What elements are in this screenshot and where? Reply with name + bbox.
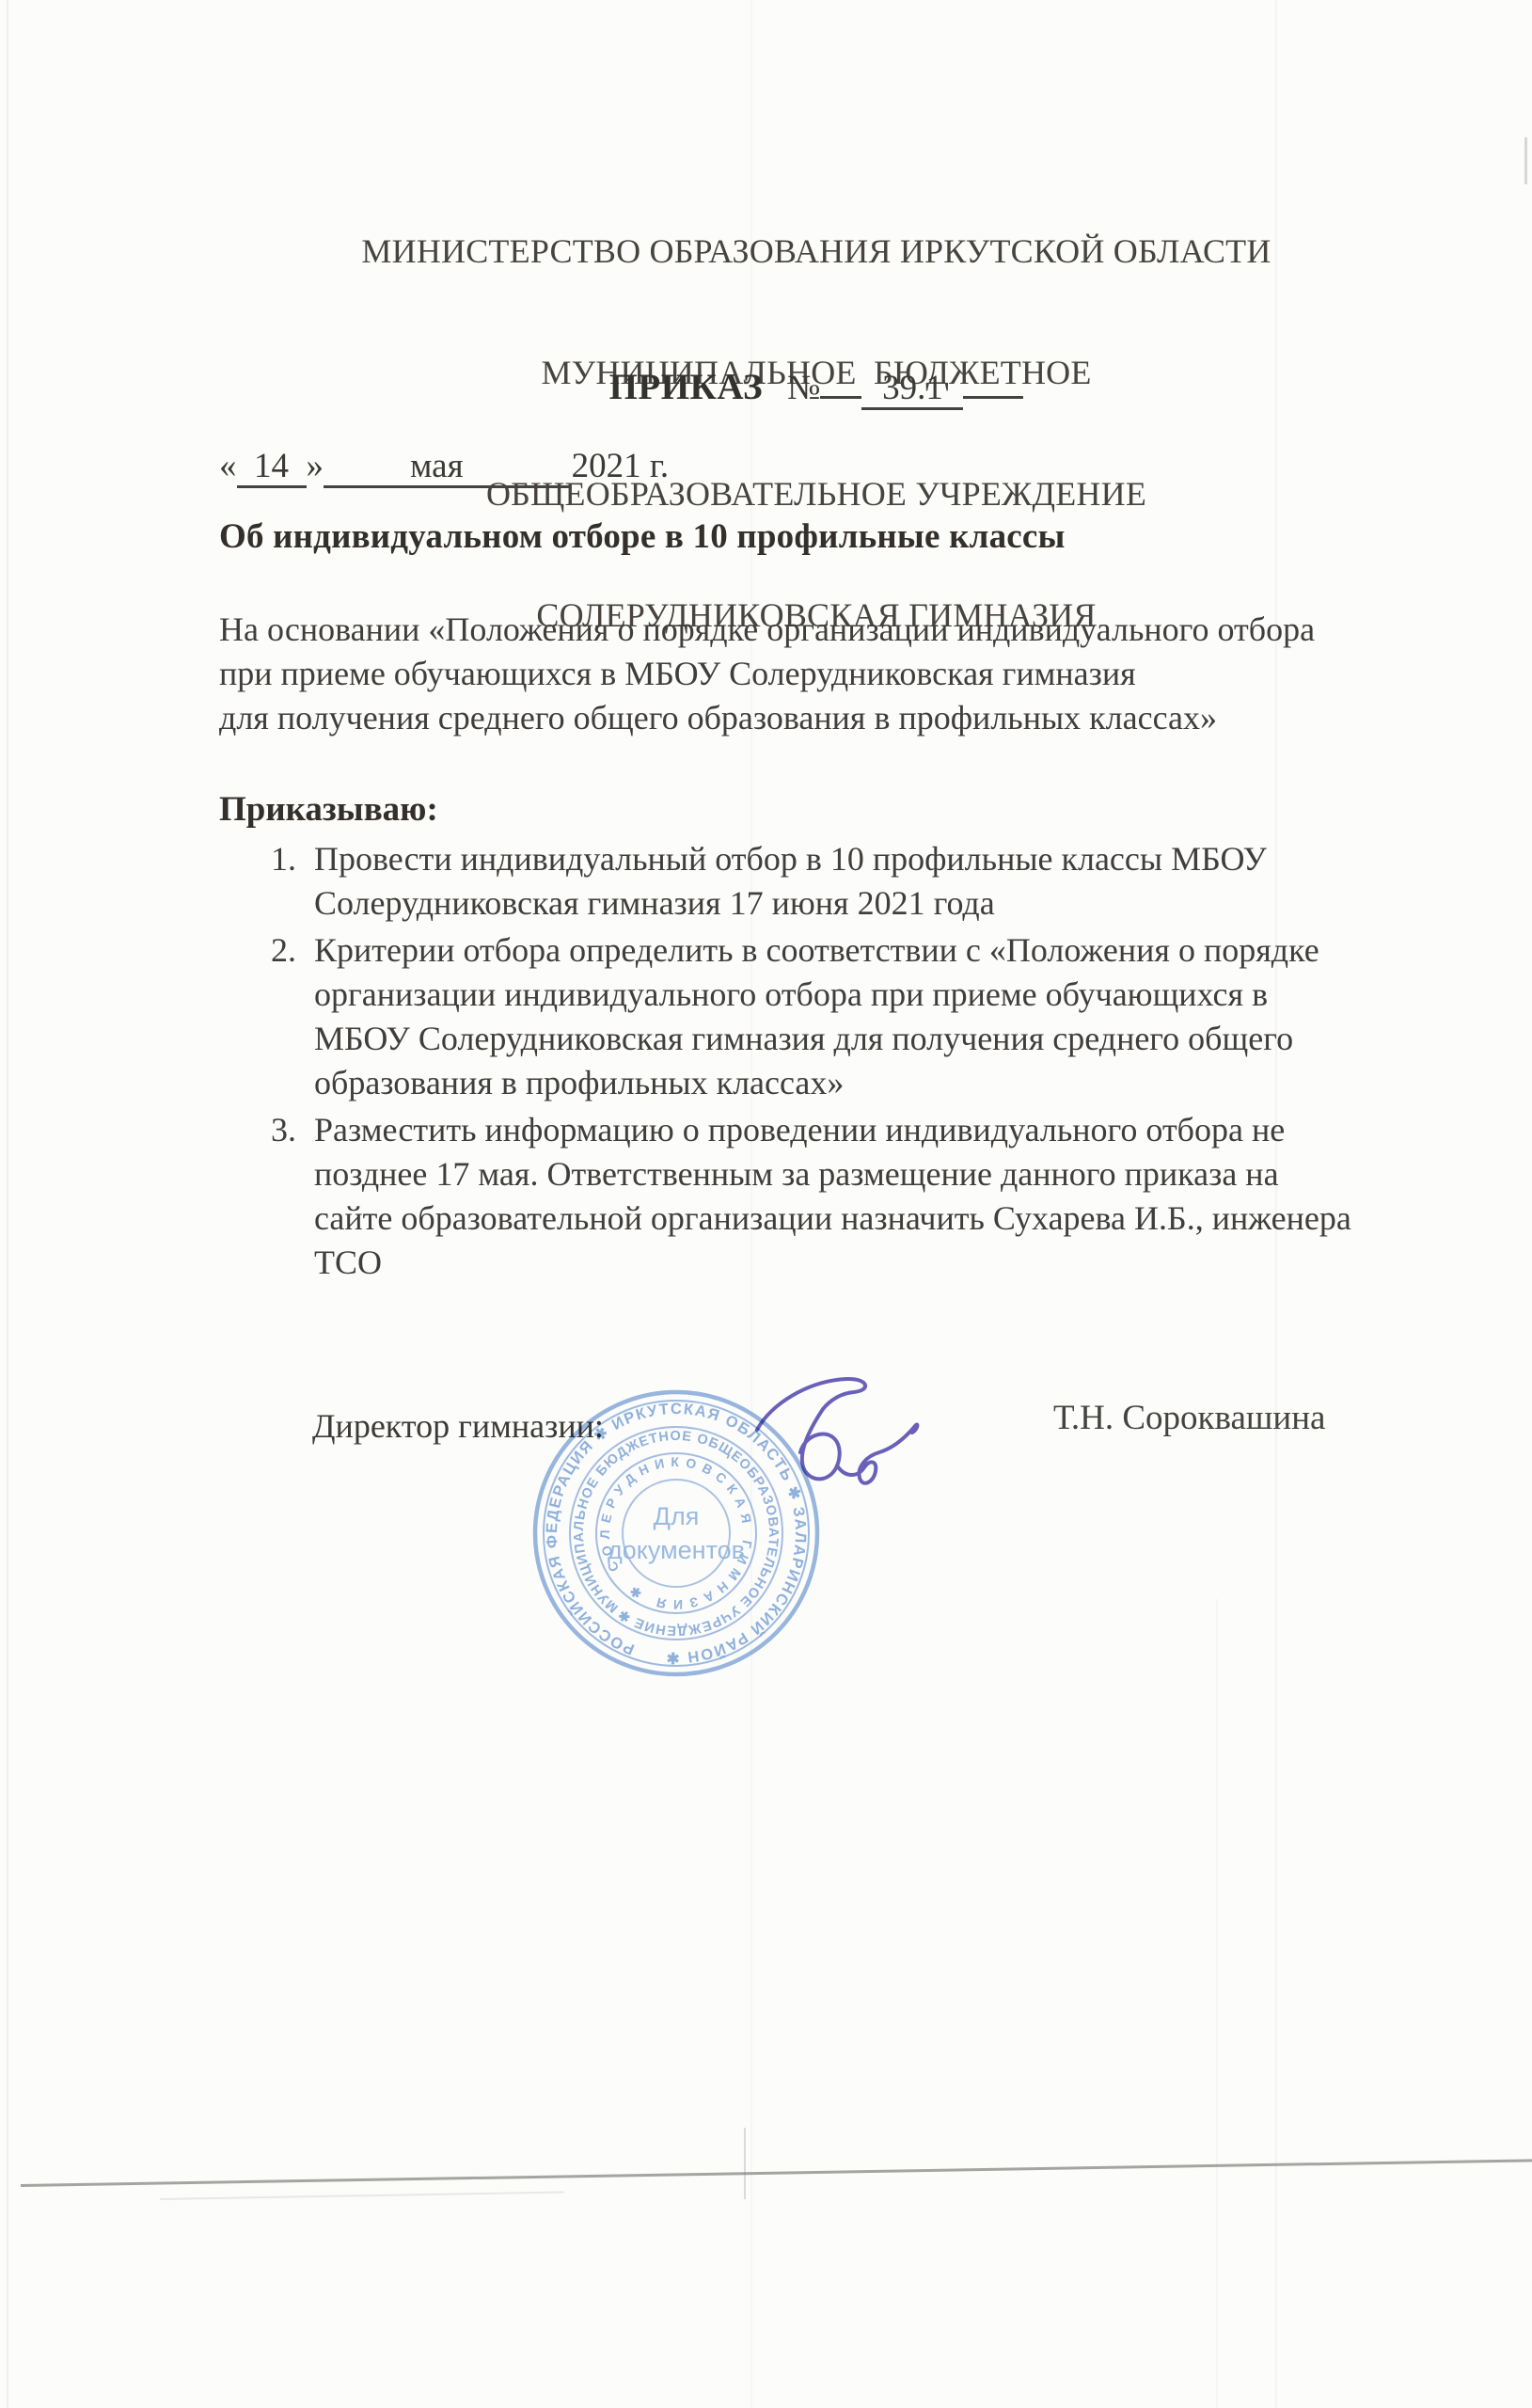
letterhead-line: МИНИСТЕРСТВО ОБРАЗОВАНИЯ ИРКУТСКОЙ ОБЛАС… (85, 231, 1532, 272)
scan-artifact-mark (1524, 137, 1527, 184)
document-subject: Об индивидуальном отборе в 10 профильные… (219, 516, 1066, 557)
basis-paragraph: На основании «Положения о порядке органи… (219, 608, 1432, 740)
text-line: Разместить информацию о проведении индив… (314, 1108, 1351, 1152)
date-month-underline: мая (324, 448, 569, 488)
directive-label: Приказываю: (219, 789, 438, 830)
text-line: образования в профильных классах» (314, 1061, 1319, 1105)
text-line: Критерии отбора определить в соответстви… (314, 928, 1319, 973)
item-text: Критерии отбора определить в соответстви… (314, 928, 1319, 1105)
order-items-list: 1. Провести индивидуальный отбор в 10 пр… (271, 837, 1418, 1288)
date-day: 14 (237, 448, 307, 488)
item-text: Разместить информацию о проведении индив… (314, 1108, 1351, 1285)
order-item: 1. Провести индивидуальный отбор в 10 пр… (271, 837, 1418, 926)
text-line: позднее 17 мая. Ответственным за размеще… (314, 1152, 1351, 1196)
item-number: 3. (271, 1108, 314, 1285)
order-number-line: ПРИКАЗ№39.1 (85, 366, 1532, 410)
signature-stroke (800, 1409, 840, 1479)
signature-stroke (837, 1425, 917, 1483)
order-item: 2. Критерии отбора определить в соответс… (271, 928, 1418, 1105)
blank-underline (963, 396, 1023, 399)
stamp-center-line1: Для (654, 1502, 700, 1530)
text-line: организации индивидуального отбора при п… (314, 973, 1319, 1017)
signatory-name: Т.Н. Сороквашина (1053, 1398, 1325, 1438)
close-quote: » (307, 447, 324, 485)
text-line: Провести индивидуальный отбор в 10 профи… (314, 837, 1267, 881)
open-quote: « (219, 447, 237, 485)
order-item: 3. Разместить информацию о проведении ин… (271, 1108, 1418, 1285)
item-text: Провести индивидуальный отбор в 10 профи… (314, 837, 1267, 926)
order-number-value: 39.1 (861, 370, 963, 410)
handwritten-signature (729, 1354, 936, 1514)
number-sign: № (787, 369, 820, 407)
item-number: 2. (271, 928, 314, 1105)
order-title: ПРИКАЗ (609, 367, 764, 407)
blank-underline (820, 396, 861, 399)
text-line: На основании «Положения о порядке органи… (219, 608, 1432, 652)
scan-edge-line-echo (160, 2191, 564, 2200)
date-year: 2021 г. (572, 447, 670, 485)
stamp-center-line2: документов (608, 1536, 745, 1564)
item-number: 1. (271, 837, 314, 926)
paper-fold-line (1216, 1599, 1218, 2408)
paper-fold-mark (744, 2128, 746, 2199)
scan-artifact-mark (7, 0, 8, 2408)
paper-fold-line (750, 0, 752, 2408)
text-line: для получения среднего общего образовани… (219, 696, 1432, 740)
text-line: сайте образовательной организации назнач… (314, 1196, 1351, 1241)
text-line: ТСО (314, 1241, 1351, 1285)
text-line: МБОУ Солерудниковская гимназия для получ… (314, 1017, 1319, 1061)
text-line: при приеме обучающихся в МБОУ Солерудник… (219, 652, 1432, 696)
paper-fold-line (1275, 0, 1277, 2408)
scanned-document-page: МИНИСТЕРСТВО ОБРАЗОВАНИЯ ИРКУТСКОЙ ОБЛАС… (0, 0, 1532, 2408)
date-month: мая (410, 447, 464, 485)
scan-edge-line (21, 2159, 1532, 2187)
date-line: «14»мая2021 г. (219, 446, 669, 488)
signature-stroke (757, 1379, 865, 1430)
text-line: Солерудниковская гимназия 17 июня 2021 г… (314, 881, 1267, 926)
